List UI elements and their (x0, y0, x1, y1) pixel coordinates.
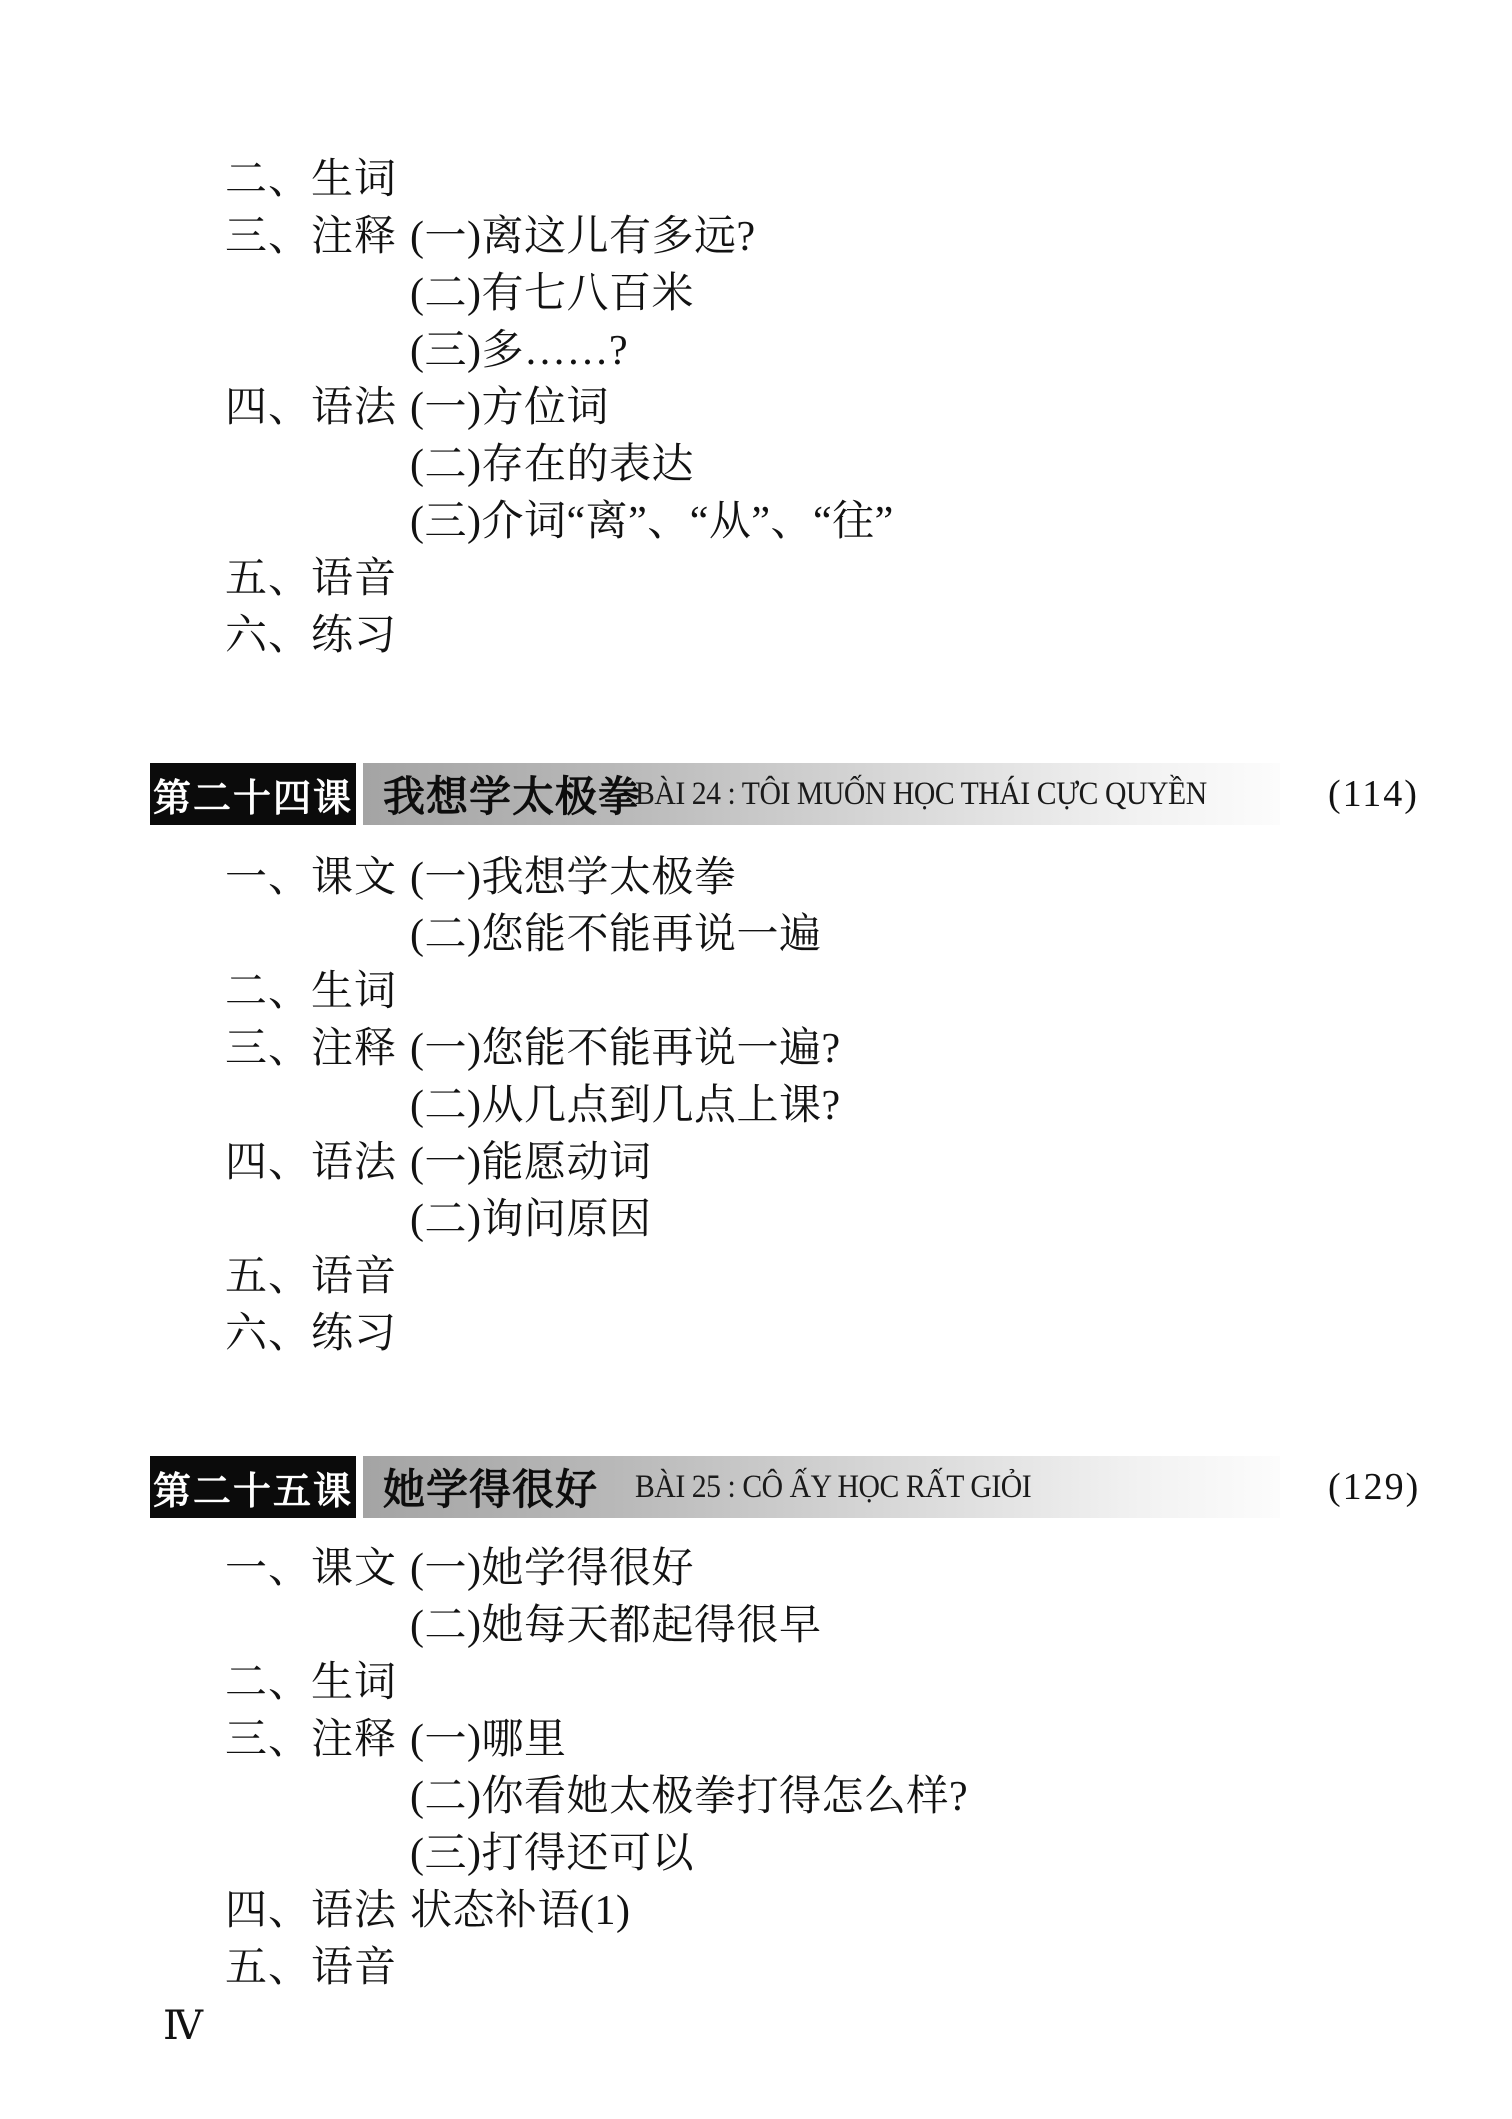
toc-item-label: 三、注释 (225, 1021, 410, 1078)
toc-row: 五、语音 (225, 551, 894, 608)
lesson-25-page-ref: (129) (1328, 1456, 1420, 1518)
toc-subitem: (三)多……? (410, 323, 628, 380)
toc-row: 一、课文(一)我想学太极拳 (225, 850, 841, 907)
toc-subitem: (二)她每天都起得很早 (410, 1598, 821, 1655)
toc-row: 二、生词 (225, 964, 841, 1021)
toc-subitem: 状态补语(1) (410, 1883, 630, 1940)
lesson-25-header: 第二十五课 她学得很好 BÀI 25 : CÔ ẤY HỌC RẤT GIỎI … (0, 1456, 1512, 1518)
toc-item-label: 三、注释 (225, 1712, 410, 1769)
toc-item-label: 六、练习 (225, 1306, 410, 1363)
toc-row: 三、注释(一)您能不能再说一遍? (225, 1021, 841, 1078)
lesson-24-header: 第二十四课 我想学太极拳 BÀI 24 : TÔI MUỐN HỌC THÁI … (0, 763, 1512, 825)
toc-row: 五、语音 (225, 1249, 841, 1306)
toc-row: (三)打得还可以 (225, 1826, 968, 1883)
toc-row: 四、语法(一)方位词 (225, 380, 894, 437)
toc-item-label: 一、课文 (225, 1541, 410, 1598)
lesson-24-badge-label: 第二十四课 (153, 767, 353, 822)
toc-row: 二、生词 (225, 1655, 968, 1712)
toc-subitem: (一)我想学太极拳 (410, 850, 736, 907)
toc-row: 三、注释(一)离这儿有多远? (225, 209, 894, 266)
toc-item-label: 五、语音 (225, 1249, 410, 1306)
toc-subitem: (三)打得还可以 (410, 1826, 694, 1883)
toc-row: 一、课文(一)她学得很好 (225, 1541, 968, 1598)
lesson-24-title-band: 我想学太极拳 BÀI 24 : TÔI MUỐN HỌC THÁI CỰC QU… (363, 763, 1280, 825)
toc-row: 五、语音 (225, 1940, 968, 1997)
lesson-24-title-vietnamese: BÀI 24 : TÔI MUỐN HỌC THÁI CỰC QUYỀN (635, 763, 1207, 825)
toc-subitem: (二)您能不能再说一遍 (410, 907, 821, 964)
toc-subitem: (一)她学得很好 (410, 1541, 694, 1598)
toc-subitem: (二)有七八百米 (410, 266, 694, 323)
toc-row: 四、语法状态补语(1) (225, 1883, 968, 1940)
toc-subitem: (一)能愿动词 (410, 1135, 651, 1192)
toc-row: 三、注释(一)哪里 (225, 1712, 968, 1769)
toc-page: { "page": { "number_label": "Ⅳ" }, "colo… (0, 0, 1512, 2119)
toc-row: (二)你看她太极拳打得怎么样? (225, 1769, 968, 1826)
toc-item-label: 一、课文 (225, 850, 410, 907)
lesson-25-title-vietnamese: BÀI 25 : CÔ ẤY HỌC RẤT GIỎI (635, 1456, 1031, 1518)
lesson-24-title-chinese: 我想学太极拳 (383, 763, 641, 825)
toc-row: (三)多……? (225, 323, 894, 380)
toc-subitem: (三)介词“离”、“从”、“往” (410, 494, 894, 551)
toc-row: (二)有七八百米 (225, 266, 894, 323)
toc-item-label: 六、练习 (225, 608, 410, 665)
toc-item-label: 二、生词 (225, 1655, 410, 1712)
toc-row: 四、语法(一)能愿动词 (225, 1135, 841, 1192)
toc-subitem: (一)离这儿有多远? (410, 209, 756, 266)
page-number: Ⅳ (163, 2002, 203, 2049)
lesson-25-badge: 第二十五课 (150, 1456, 356, 1518)
toc-subitem: (二)询问原因 (410, 1192, 651, 1249)
toc-row: 二、生词 (225, 152, 894, 209)
lesson-25-badge-label: 第二十五课 (153, 1460, 353, 1515)
toc-subitem: (二)从几点到几点上课? (410, 1078, 841, 1135)
toc-item-label: 二、生词 (225, 152, 410, 209)
toc-row: (二)您能不能再说一遍 (225, 907, 841, 964)
toc-item-label: 五、语音 (225, 551, 410, 608)
toc-item-label: 四、语法 (225, 380, 410, 437)
toc-item-label: 二、生词 (225, 964, 410, 1021)
lesson-24-page-ref: (114) (1328, 763, 1419, 825)
toc-subitem: (一)哪里 (410, 1712, 566, 1769)
toc-row: (二)她每天都起得很早 (225, 1598, 968, 1655)
toc-section-intro: 二、生词三、注释(一)离这儿有多远?(二)有七八百米(三)多……?四、语法(一)… (225, 152, 894, 665)
toc-section-lesson-25: 一、课文(一)她学得很好(二)她每天都起得很早二、生词三、注释(一)哪里(二)你… (225, 1541, 968, 1997)
toc-row: 六、练习 (225, 608, 894, 665)
toc-item-label: 四、语法 (225, 1883, 410, 1940)
toc-row: (二)询问原因 (225, 1192, 841, 1249)
toc-row: (三)介词“离”、“从”、“往” (225, 494, 894, 551)
toc-row: (二)存在的表达 (225, 437, 894, 494)
toc-row: (二)从几点到几点上课? (225, 1078, 841, 1135)
toc-item-label: 四、语法 (225, 1135, 410, 1192)
toc-item-label: 三、注释 (225, 209, 410, 266)
toc-row: 六、练习 (225, 1306, 841, 1363)
toc-subitem: (二)你看她太极拳打得怎么样? (410, 1769, 968, 1826)
toc-item-label: 五、语音 (225, 1940, 410, 1997)
toc-subitem: (二)存在的表达 (410, 437, 694, 494)
toc-subitem: (一)您能不能再说一遍? (410, 1021, 841, 1078)
toc-subitem: (一)方位词 (410, 380, 609, 437)
lesson-25-title-band: 她学得很好 BÀI 25 : CÔ ẤY HỌC RẤT GIỎI (363, 1456, 1280, 1518)
toc-section-lesson-24: 一、课文(一)我想学太极拳(二)您能不能再说一遍二、生词三、注释(一)您能不能再… (225, 850, 841, 1363)
lesson-24-badge: 第二十四课 (150, 763, 356, 825)
lesson-25-title-chinese: 她学得很好 (383, 1456, 598, 1518)
